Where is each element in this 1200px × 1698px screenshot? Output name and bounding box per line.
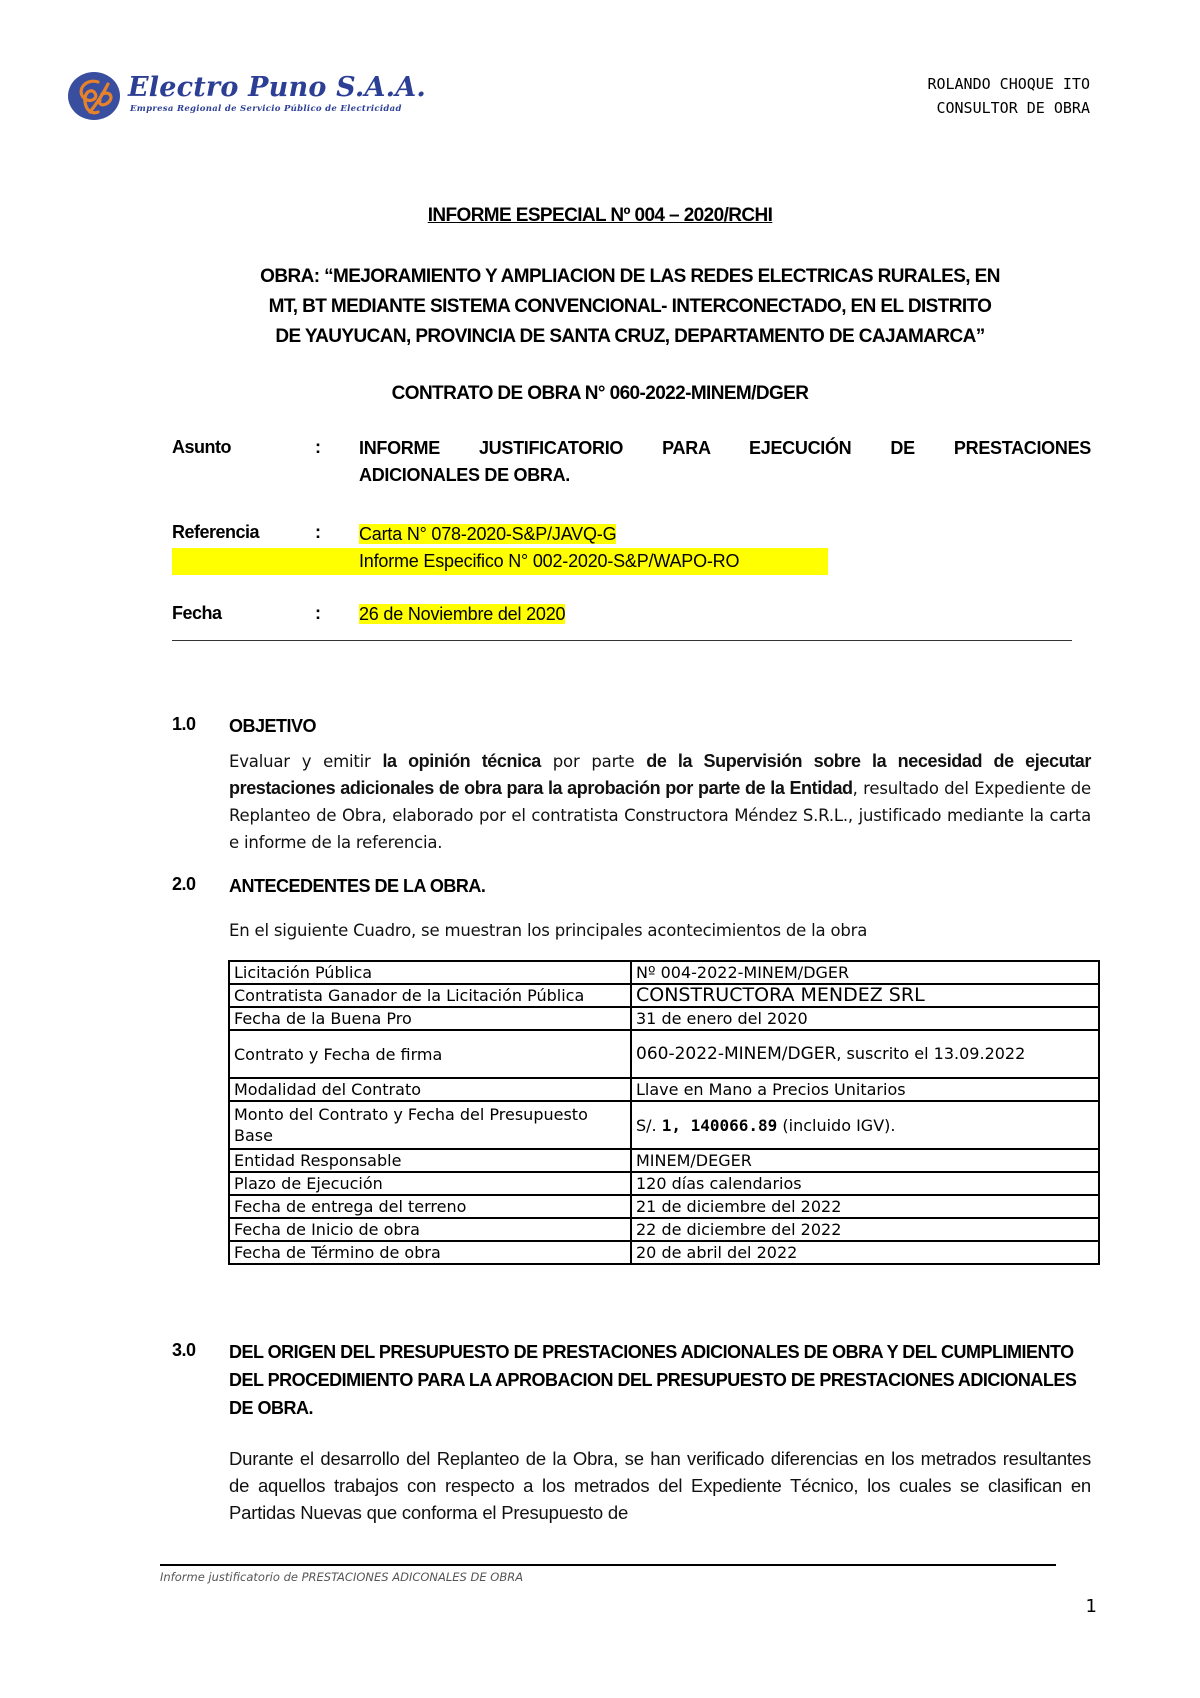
section-1-paragraph: Evaluar y emitir la opinión técnica por …: [229, 748, 1091, 856]
table-label: Fecha de entrega del terreno: [229, 1195, 631, 1218]
asunto-colon: :: [315, 437, 321, 458]
table-value: 22 de diciembre del 2022: [631, 1218, 1099, 1241]
table-value: Llave en Mano a Precios Unitarios: [631, 1078, 1099, 1101]
page-number: 1: [1086, 1596, 1097, 1617]
table-row: Modalidad del Contrato Llave en Mano a P…: [229, 1078, 1099, 1101]
table-row: Fecha de la Buena Pro 31 de enero del 20…: [229, 1007, 1099, 1030]
company-subtitle: Empresa Regional de Servicio Público de …: [130, 104, 402, 114]
author-name: ROLANDO CHOQUE ITO: [927, 72, 1090, 96]
table-value: 20 de abril del 2022: [631, 1241, 1099, 1264]
referencia-colon: :: [315, 522, 321, 543]
table-value: 31 de enero del 2020: [631, 1007, 1099, 1030]
contract-signed: , suscrito el 13.09.2022: [836, 1044, 1025, 1063]
footer-rule: [160, 1564, 1056, 1566]
antecedentes-table: Licitación Pública Nº 004-2022-MINEM/DGE…: [228, 960, 1100, 1265]
fecha-colon: :: [315, 603, 321, 624]
separator-line: [172, 640, 1072, 641]
table-row: Contratista Ganador de la Licitación Púb…: [229, 984, 1099, 1007]
table-label: Entidad Responsable: [229, 1149, 631, 1172]
table-label: Fecha de Término de obra: [229, 1241, 631, 1264]
text-run: Evaluar y emitir: [229, 752, 382, 771]
contract-amount: 1, 140066.89: [662, 1116, 778, 1135]
section-3-paragraph: Durante el desarrollo del Replanteo de l…: [229, 1445, 1091, 1526]
obra-title: OBRA: “MEJORAMIENTO Y AMPLIACION DE LAS …: [160, 262, 1100, 352]
fecha-label: Fecha: [172, 603, 222, 624]
footer-text: Informe justificatorio de PRESTACIONES A…: [160, 1570, 523, 1584]
table-row: Monto del Contrato y Fecha del Presupues…: [229, 1101, 1099, 1149]
contract-number: 060-2022-MINEM/DGER: [636, 1044, 836, 1064]
text-run-bold: la opinión técnica: [382, 751, 540, 771]
table-value: 21 de diciembre del 2022: [631, 1195, 1099, 1218]
section-2-number: 2.0: [172, 874, 196, 895]
table-label: Modalidad del Contrato: [229, 1078, 631, 1101]
asunto-line-2: ADICIONALES DE OBRA.: [359, 465, 570, 485]
obra-line: DE YAUYUCAN, PROVINCIA DE SANTA CRUZ, DE…: [160, 322, 1100, 352]
table-label: Plazo de Ejecución: [229, 1172, 631, 1195]
table-row: Plazo de Ejecución 120 días calendarios: [229, 1172, 1099, 1195]
section-1-title: OBJETIVO: [229, 712, 1091, 740]
table-value: 060-2022-MINEM/DGER, suscrito el 13.09.2…: [631, 1030, 1099, 1078]
table-row: Fecha de Inicio de obra 22 de diciembre …: [229, 1218, 1099, 1241]
section-2-intro: En el siguiente Cuadro, se muestran los …: [229, 917, 1091, 944]
table-value: CONSTRUCTORA MENDEZ SRL: [631, 984, 1099, 1007]
section-3-number: 3.0: [172, 1340, 196, 1361]
table-label: Fecha de Inicio de obra: [229, 1218, 631, 1241]
table-value: Nº 004-2022-MINEM/DGER: [631, 961, 1099, 984]
table-label: Monto del Contrato y Fecha del Presupues…: [229, 1101, 631, 1149]
table-label: Fecha de la Buena Pro: [229, 1007, 631, 1030]
amount-note: (incluido IGV).: [777, 1116, 895, 1135]
table-label: Licitación Pública: [229, 961, 631, 984]
table-row: Fecha de Término de obra 20 de abril del…: [229, 1241, 1099, 1264]
author-block: ROLANDO CHOQUE ITO CONSULTOR DE OBRA: [927, 72, 1090, 120]
table-row: Licitación Pública Nº 004-2022-MINEM/DGE…: [229, 961, 1099, 984]
table-label: Contratista Ganador de la Licitación Púb…: [229, 984, 631, 1007]
fecha-value-wrap: 26 de Noviembre del 2020: [359, 601, 565, 628]
section-1-number: 1.0: [172, 714, 196, 735]
table-row: Entidad Responsable MINEM/DEGER: [229, 1149, 1099, 1172]
referencia-item-2: Informe Especifico N° 002-2020-S&P/WAPO-…: [359, 548, 739, 575]
table-label: Contrato y Fecha de firma: [229, 1030, 631, 1078]
section-3-title: DEL ORIGEN DEL PRESUPUESTO DE PRESTACION…: [229, 1338, 1091, 1422]
referencia-carta: Carta N° 078-2020-S&P/JAVQ-G: [359, 524, 616, 544]
asunto-label: Asunto: [172, 437, 231, 458]
table-row: Contrato y Fecha de firma 060-2022-MINEM…: [229, 1030, 1099, 1078]
contract-title: CONTRATO DE OBRA N° 060-2022-MINEM/DGER: [0, 383, 1200, 405]
table-value: 120 días calendarios: [631, 1172, 1099, 1195]
table-value: MINEM/DEGER: [631, 1149, 1099, 1172]
obra-line: OBRA: “MEJORAMIENTO Y AMPLIACION DE LAS …: [160, 262, 1100, 292]
text-run: por parte: [541, 752, 646, 771]
fecha-value: 26 de Noviembre del 2020: [359, 604, 565, 624]
company-name: Electro Puno S.A.A.: [128, 72, 426, 103]
section-2-title: ANTECEDENTES DE LA OBRA.: [229, 872, 1091, 900]
author-role: CONSULTOR DE OBRA: [927, 96, 1090, 120]
company-logo: Electro Puno S.A.A. Empresa Regional de …: [68, 70, 388, 120]
asunto-value: INFORME JUSTIFICATORIO PARA EJECUCIÓN DE…: [359, 435, 1091, 489]
obra-line: MT, BT MEDIANTE SISTEMA CONVENCIONAL- IN…: [160, 292, 1100, 322]
table-row: Fecha de entrega del terreno 21 de dicie…: [229, 1195, 1099, 1218]
currency: S/.: [636, 1116, 662, 1135]
referencia-item-1: Carta N° 078-2020-S&P/JAVQ-G: [359, 521, 616, 548]
asunto-line-1: INFORME JUSTIFICATORIO PARA EJECUCIÓN DE…: [359, 435, 1091, 462]
report-title: INFORME ESPECIAL Nº 004 – 2020/RCHI: [0, 205, 1200, 227]
electro-puno-logo-icon: [68, 72, 120, 120]
table-value: S/. 1, 140066.89 (incluido IGV).: [631, 1101, 1099, 1149]
referencia-label: Referencia: [172, 522, 259, 543]
